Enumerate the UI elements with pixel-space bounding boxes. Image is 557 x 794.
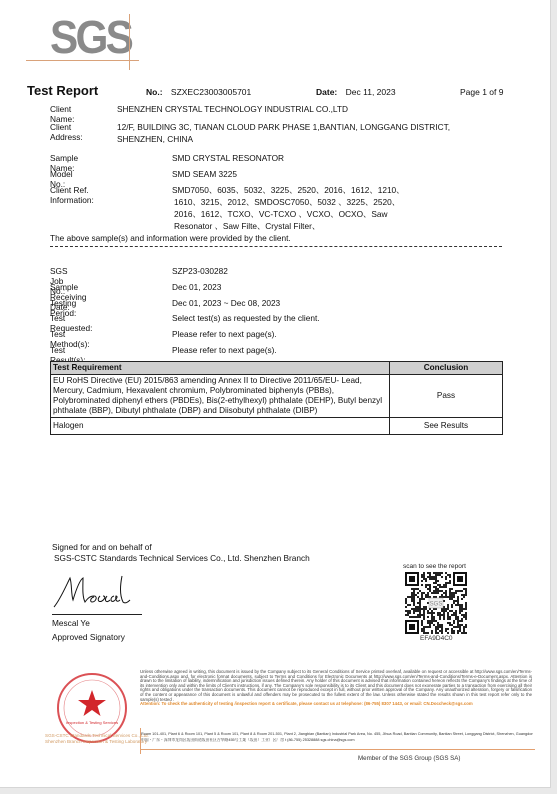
test-result-value: Please refer to next page(s). (172, 345, 277, 355)
requirement-cell: EU RoHS Directive (EU) 2015/863 amending… (51, 375, 390, 418)
client-address-label: Client Address: (50, 122, 83, 142)
client-ref-line: 2016、1612、TCXO、VC-TCXO 、VCXO、OCXO、Saw (174, 209, 387, 219)
test-requested-value: Select test(s) as requested by the clien… (172, 313, 320, 323)
sgs-logo: SGS (50, 14, 131, 60)
header-conclusion: Conclusion (390, 362, 503, 375)
signature-line (52, 614, 142, 615)
requirement-cell: Halogen (51, 418, 390, 435)
table-row: Halogen See Results (51, 418, 503, 435)
section-divider (50, 246, 502, 247)
authenticity-notice: Attention: To check the authenticity of … (140, 702, 532, 707)
conclusion-cell: See Results (390, 418, 503, 435)
client-ref-line: Resonator 、Saw Filte、Crystal Filter、 (174, 221, 320, 231)
address-english: Room 101-401, Plant 6 & Room 101, Plant … (141, 732, 533, 736)
receiving-date-value: Dec 01, 2023 (172, 282, 221, 292)
signatory-title: Approved Signatory (52, 632, 125, 642)
report-date-value: Dec 11, 2023 (346, 87, 396, 97)
report-page: SGS Test Report No.: SZXEC23003005701 Da… (0, 0, 551, 788)
member-note: Member of the SGS Group (SGS SA) (358, 755, 460, 762)
qr-code-icon[interactable]: SGS (405, 572, 467, 634)
stamp-caption-line2: Shenzhen Branch Inspection & Testing Lab… (45, 739, 149, 745)
client-ref-line: SMD7050、6035、5032、3225、2520、2016、1612、12… (172, 185, 404, 195)
disclaimer-text: Unless otherwise agreed in writing, this… (140, 669, 532, 702)
signed-for-text: Signed for and on behalf of (52, 542, 152, 552)
client-name-value: SHENZHEN CRYSTAL TECHNOLOGY INDUSTRIAL C… (117, 104, 348, 114)
conclusion-cell: Pass (390, 375, 503, 418)
sample-name-value: SMD CRYSTAL RESONATOR (172, 153, 284, 163)
provided-note: The above sample(s) and information were… (50, 233, 291, 243)
page-indicator: Page 1 of 9 (460, 87, 503, 97)
legal-disclaimer: Unless otherwise agreed in writing, this… (140, 670, 532, 707)
stamp-caption: SGS-CSTC Standards Technical Services Co… (45, 733, 149, 745)
report-date: Date: Dec 11, 2023 (316, 87, 396, 97)
logo-rule-vertical (129, 14, 130, 70)
test-requirement-table: Test Requirement Conclusion EU RoHS Dire… (50, 361, 503, 435)
client-ref-label: Client Ref. Information: (50, 185, 94, 205)
report-title: Test Report (27, 83, 98, 98)
report-date-label: Date: (316, 87, 337, 97)
logo-rule-horizontal (26, 60, 139, 61)
svg-text:SGS: SGS (430, 602, 443, 608)
report-number-value: SZXEC23003005701 (171, 87, 251, 97)
signing-company: SGS-CSTC Standards Technical Services Co… (54, 553, 310, 563)
svg-text:Inspection & Testing Services: Inspection & Testing Services (66, 720, 118, 725)
report-number: No.: SZXEC23003005701 (146, 87, 251, 97)
client-address-line2: SHENZHEN, CHINA (117, 134, 193, 144)
client-ref-line: 1610、3215、2012、SMDOSC7050、5032 、3225、252… (174, 197, 400, 207)
testing-period-value: Dec 01, 2023 ~ Dec 08, 2023 (172, 298, 280, 308)
qr-caption: scan to see the report (403, 563, 466, 570)
address-chinese: 中国・广东・深圳市龙岗区坂田街道坂田社区吉华路455号工業（坂田）工业厂区厂房 … (141, 738, 533, 743)
office-address: Room 101-401, Plant 6 & Room 101, Plant … (141, 732, 533, 743)
table-row: EU RoHS Directive (EU) 2015/863 amending… (51, 375, 503, 418)
qr-verification-code: EFA9D4C0 (420, 635, 453, 642)
client-address-line1: 12/F, BUILDING 3C, TIANAN CLOUD PARK PHA… (117, 122, 450, 132)
footer-rule (140, 749, 535, 750)
model-value: SMD SEAM 3225 (172, 169, 237, 179)
header-test-requirement: Test Requirement (51, 362, 390, 375)
job-no-value: SZP23-030282 (172, 266, 228, 276)
handwritten-signature (52, 572, 152, 612)
signatory-name: Mescal Ye (52, 618, 90, 628)
client-name-label: Client Name: (50, 104, 74, 124)
test-method-value: Please refer to next page(s). (172, 329, 277, 339)
report-number-label: No.: (146, 87, 163, 97)
